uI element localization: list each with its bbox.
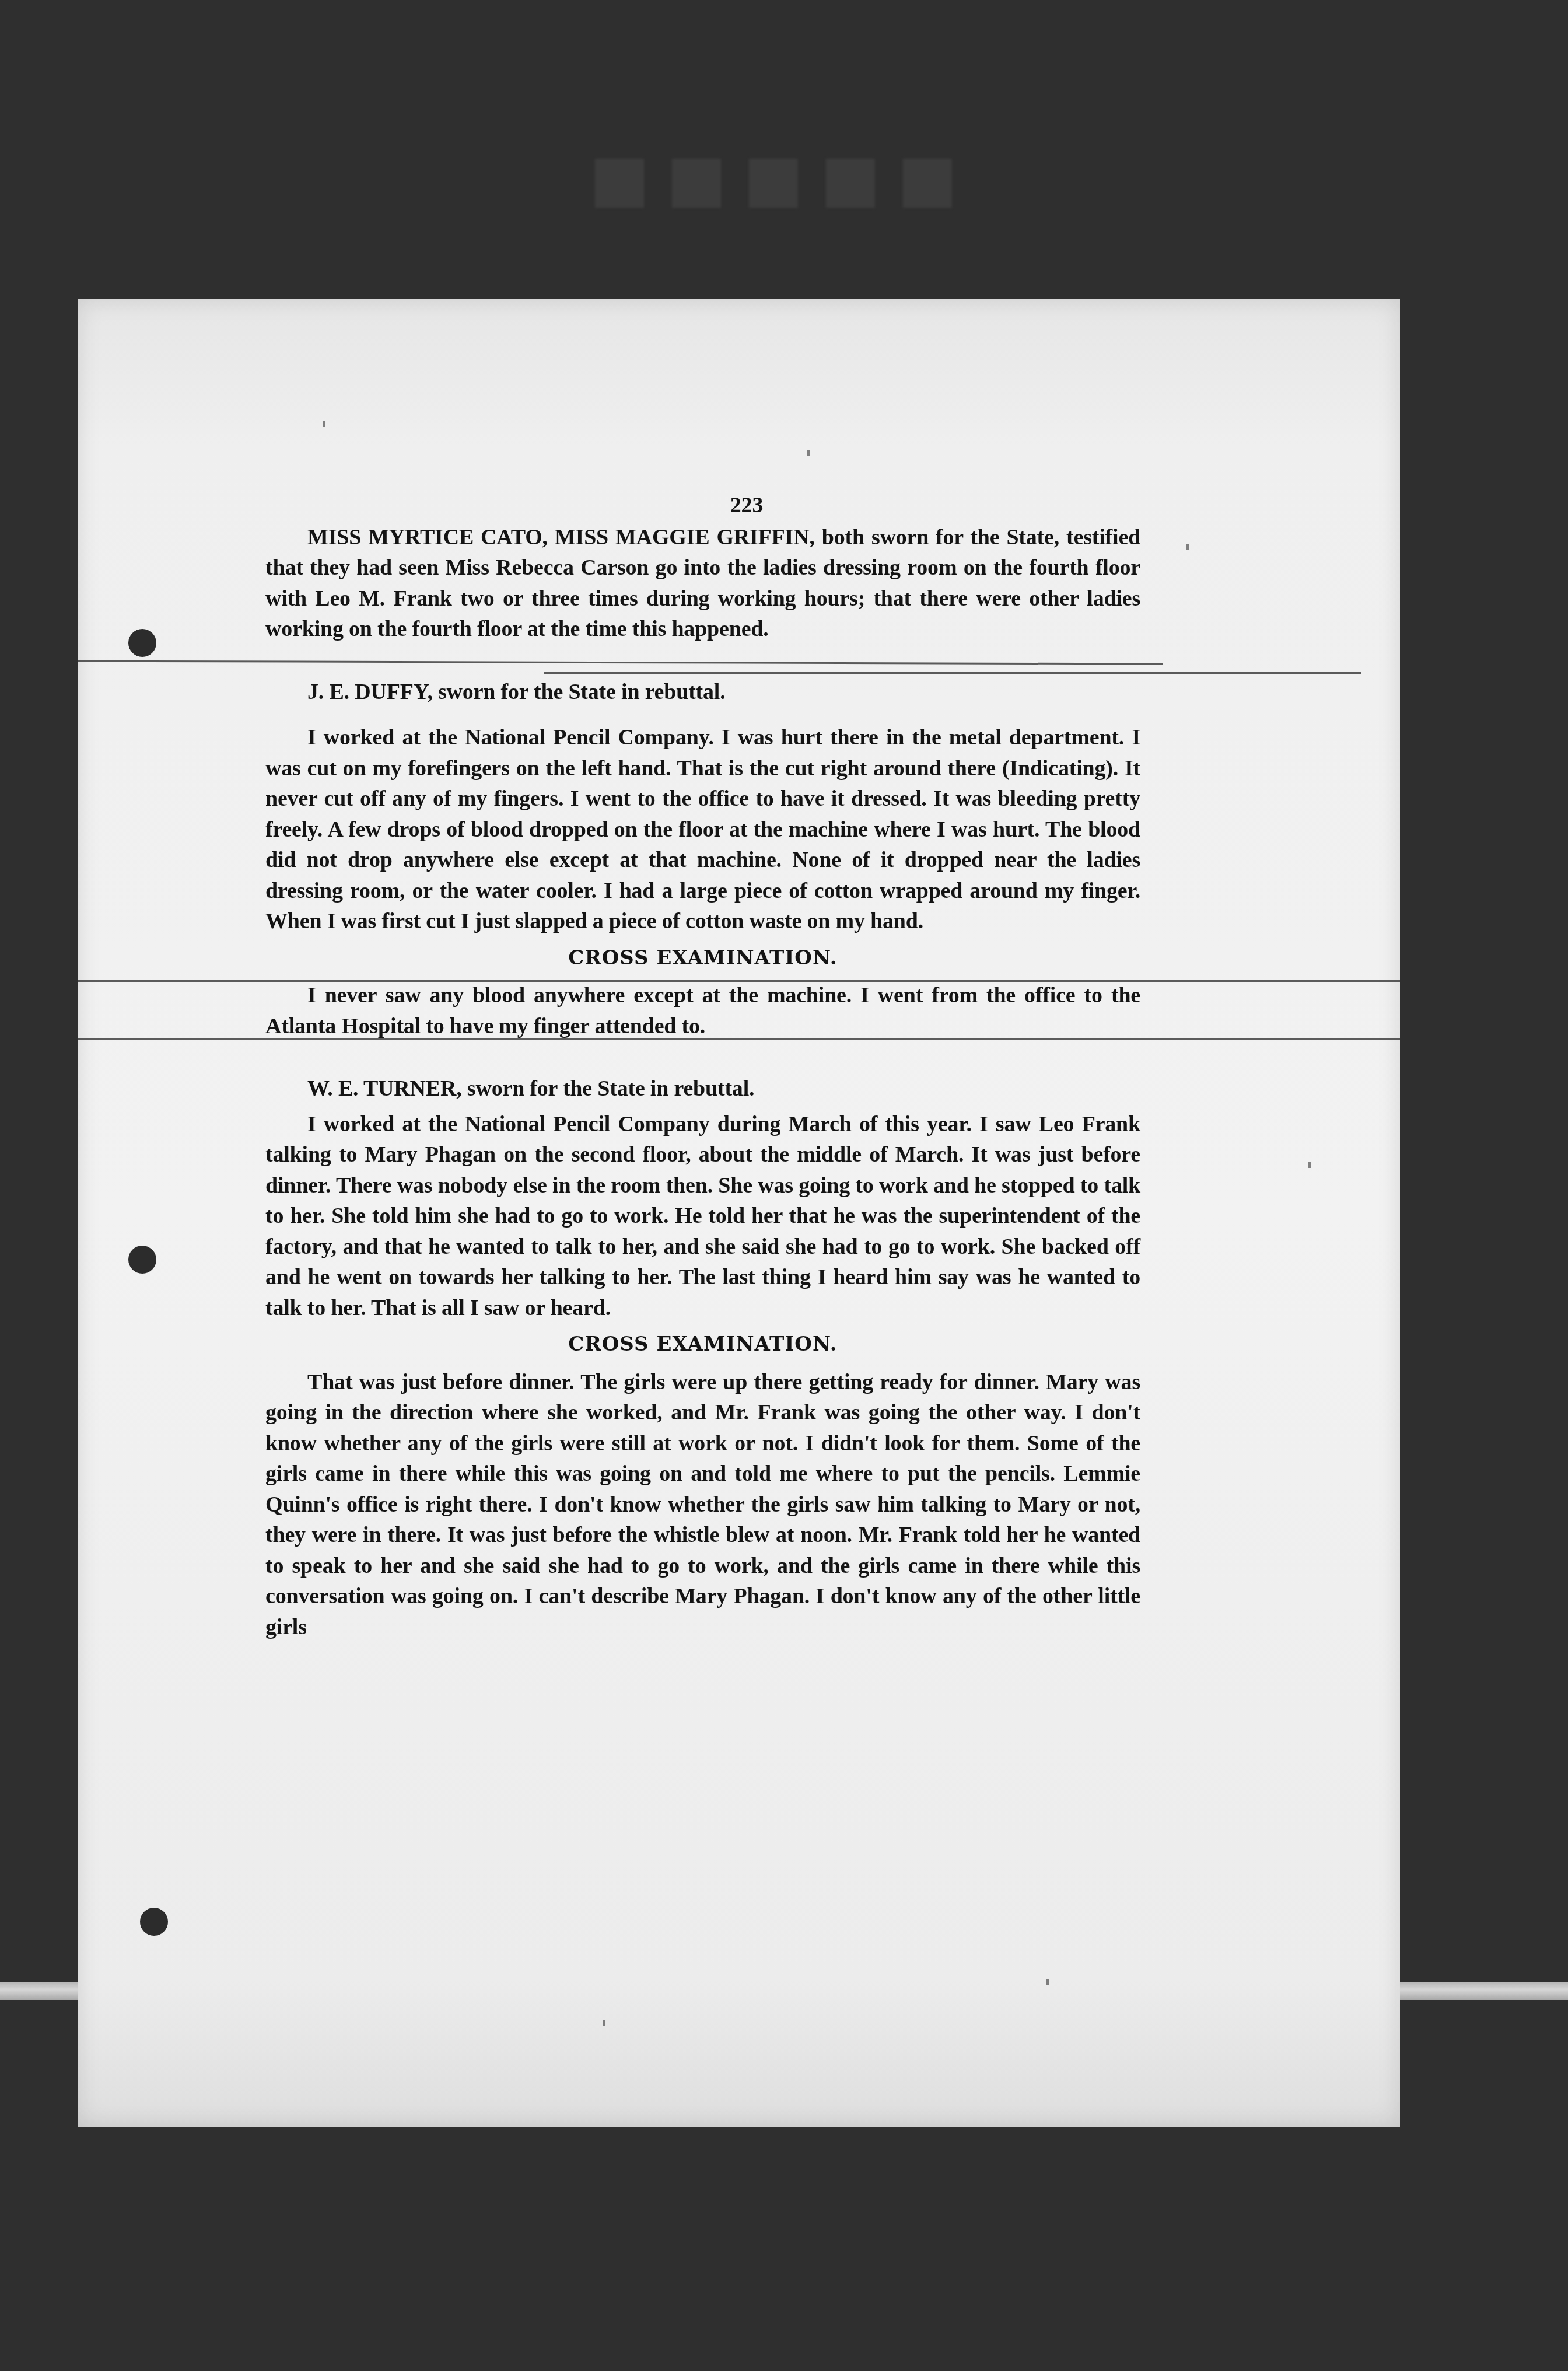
- ghost-imprint: ■■■■■: [589, 149, 916, 207]
- witness-heading: J. E. DUFFY, sworn for the State in rebu…: [265, 677, 1140, 708]
- section-heading: CROSS EXAMINATION.: [265, 1329, 1140, 1360]
- testimony-paragraph: MISS MYRTICE CATO, MISS MAGGIE GRIFFIN, …: [265, 522, 1140, 645]
- testimony-paragraph: I worked at the National Pencil Company …: [265, 1109, 1140, 1324]
- punch-hole-icon: [128, 1246, 156, 1274]
- section-heading: CROSS EXAMINATION.: [265, 943, 1140, 974]
- testimony-paragraph: I worked at the National Pencil Company.…: [265, 722, 1140, 937]
- document-body: 223 MISS MYRTICE CATO, MISS MAGGIE GRIFF…: [265, 490, 1140, 1642]
- punch-hole-icon: [128, 629, 156, 657]
- witness-heading: W. E. TURNER, sworn for the State in reb…: [265, 1073, 1140, 1104]
- page-number: 223: [353, 490, 1140, 521]
- testimony-paragraph: I never saw any blood anywhere except at…: [265, 980, 1140, 1041]
- testimony-paragraph: That was just before dinner. The girls w…: [265, 1367, 1140, 1643]
- punch-hole-icon: [140, 1908, 168, 1936]
